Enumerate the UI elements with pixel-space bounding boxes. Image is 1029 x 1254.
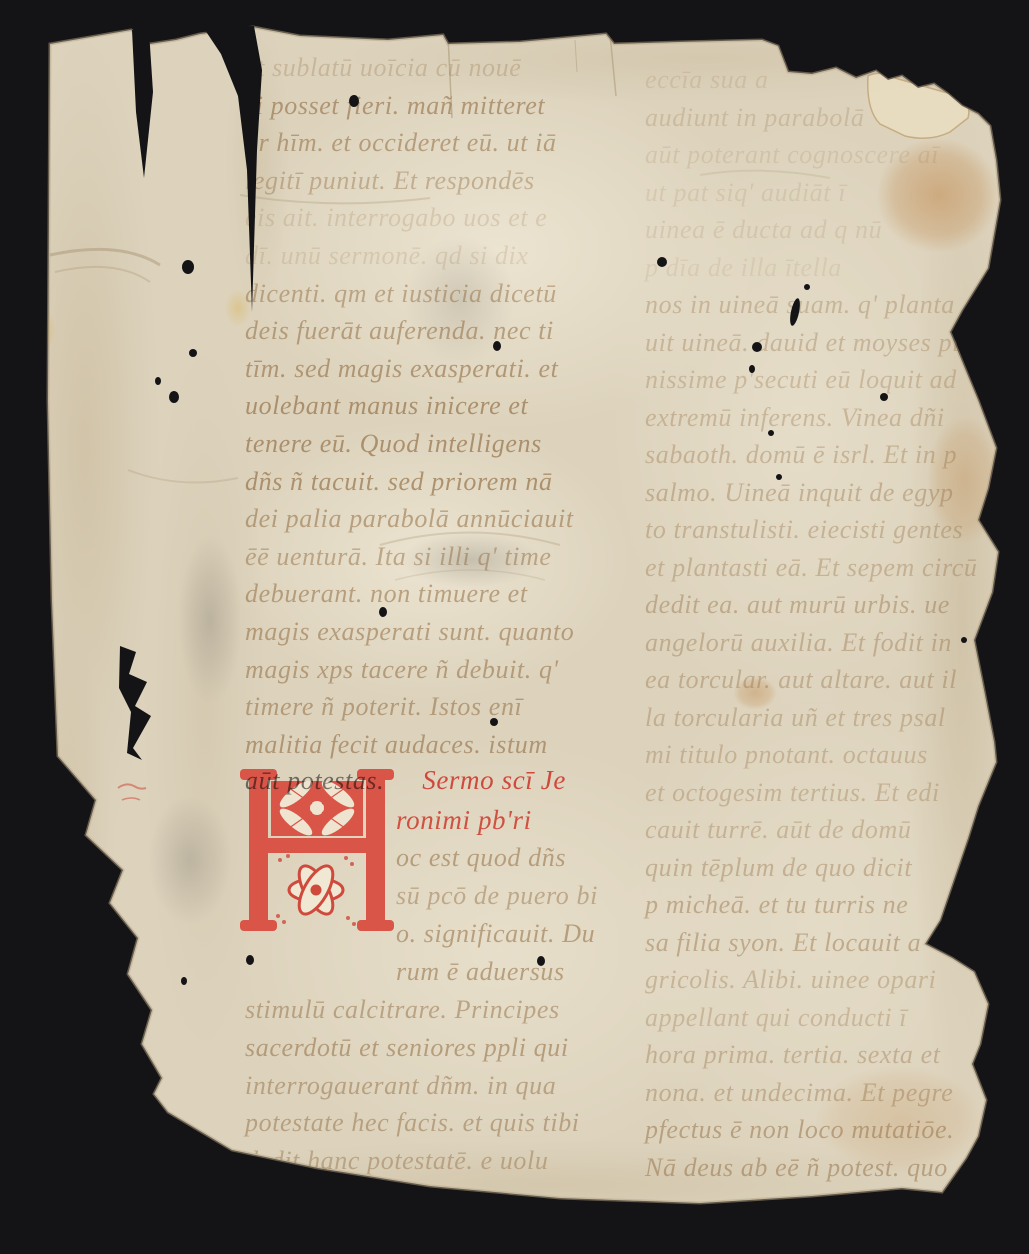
manuscript-line: extremū inferens. Vinea dñi: [645, 400, 945, 436]
manuscript-line: aūt potestas.: [245, 766, 384, 795]
manuscript-line: sacerdotū et seniores ppli qui: [245, 1030, 569, 1066]
manuscript-line: dñs ñ tacuit. sed priorem nā: [245, 464, 553, 500]
manuscript-line: et sublatū uoīcia cū nouē: [245, 50, 521, 86]
manuscript-line: deis fuerāt auferenda. nec ti: [245, 313, 554, 349]
manuscript-line: sa filia syon. Et locauit a: [645, 925, 921, 961]
manuscript-line: audiunt in parabolā: [645, 100, 864, 136]
manuscript-line: magis xps tacere ñ debuit. q': [245, 652, 559, 688]
manuscript-line: si posset fieri. mañ mitteret: [245, 88, 545, 124]
manuscript-line: to transtulisti. eiecisti gentes: [645, 512, 963, 548]
manuscript-line: eccīa sua a: [645, 62, 769, 98]
manuscript-line: malitia fecit audaces. istum: [245, 727, 548, 763]
manuscript-line: dei palia parabolā annūciauit: [245, 501, 574, 537]
manuscript-line: pfectus ē non loco mutatiōe.: [645, 1112, 954, 1148]
manuscript-line: oc est quod dñs: [396, 840, 566, 876]
rubric-line: ronimi pb'ri: [396, 802, 532, 838]
manuscript-line: debuerant. non timuere et: [245, 576, 528, 612]
manuscript-line: uolebant manus inicere et: [245, 388, 528, 424]
manuscript-line: interrogauerant dñm. in qua: [245, 1068, 556, 1104]
manuscript-line: hora prima. tertia. sexta et: [645, 1037, 941, 1073]
manuscript-line: timere ñ poterit. Istos enī: [245, 689, 522, 725]
manuscript-photograph: H: [0, 0, 1029, 1254]
manuscript-line: rum ē aduersus: [396, 954, 565, 990]
manuscript-line: cauit turrē. aūt de domū: [645, 812, 911, 848]
manuscript-line: ea torcular. aut altare. aut il: [645, 662, 957, 698]
manuscript-line: dicenti. qm et iusticia dicetū: [245, 276, 557, 312]
manuscript-line: aūt poterant cognoscere aī: [645, 137, 939, 173]
manuscript-line: nona. et undecima. Et pegre: [645, 1075, 953, 1111]
manuscript-line: sū pcō de puero bi: [396, 878, 598, 914]
manuscript-line: et octogesim tertius. Et edi: [645, 775, 940, 811]
manuscript-line: dī. unū sermonē. qd si dix: [245, 238, 529, 274]
manuscript-line: nos in uineā suam. q' planta: [645, 287, 955, 323]
manuscript-line: dedit ea. aut murū urbis. ue: [645, 587, 950, 623]
manuscript-line: mi titulo pnotant. octauus: [645, 737, 928, 773]
manuscript-line: p dīa de illa ītella: [645, 250, 842, 286]
manuscript-line: uinea ē ducta ad q nū: [645, 212, 882, 248]
manuscript-line: la torcularia uñ et tres psal: [645, 700, 946, 736]
manuscript-line: appellant qui conducti ī: [645, 1000, 907, 1036]
manuscript-line: potestate hec facis. et quis tibi: [245, 1105, 580, 1141]
manuscript-line: sabaoth. domū ē isrl. Et in p: [645, 437, 957, 473]
manuscript-line: angelorū auxilia. Et fodit in: [645, 625, 952, 661]
rubric-heading: Sermo scī Je: [422, 765, 566, 795]
manuscript-line: et plantasti eā. Et sepem circū: [645, 550, 977, 586]
manuscript-line: o. significauit. Du: [396, 916, 595, 952]
manuscript-line-with-rubric: aūt potestas.Sermo scī Je: [245, 762, 566, 799]
manuscript-line: salmo. Uineā inquit de egyp: [645, 475, 954, 511]
manuscript-line: gricolis. Alibi. uinee opari: [645, 962, 936, 998]
manuscript-line: uit uineā. dauid et moyses ple: [645, 325, 972, 361]
manuscript-line: ut pat siq' audiāt ī: [645, 175, 846, 211]
manuscript-line: eis ait. interrogabo uos et e: [245, 200, 547, 236]
manuscript-line: nissime p'secuti eū loquit ad: [645, 362, 957, 398]
manuscript-line: quin tēplum de quo dicit: [645, 850, 912, 886]
manuscript-line: tīm. sed magis exasperati. et: [245, 351, 558, 387]
manuscript-line: stimulū calcitrare. Principes: [245, 992, 560, 1028]
manuscript-line: ēē uenturā. Ita si illi q' time: [245, 539, 552, 575]
manuscript-line: Nā deus ab eē ñ potest. quo: [645, 1150, 948, 1186]
manuscript-line: magis exasperati sunt. quanto: [245, 614, 574, 650]
manuscript-line: tenere eū. Quod intelligens: [245, 426, 542, 462]
manuscript-line: p micheā. et tu turris ne: [645, 887, 908, 923]
manuscript-line: legitī puniut. Et respondēs: [245, 163, 535, 199]
manuscript-line: ur hīm. et occideret eū. ut iā: [245, 125, 557, 161]
